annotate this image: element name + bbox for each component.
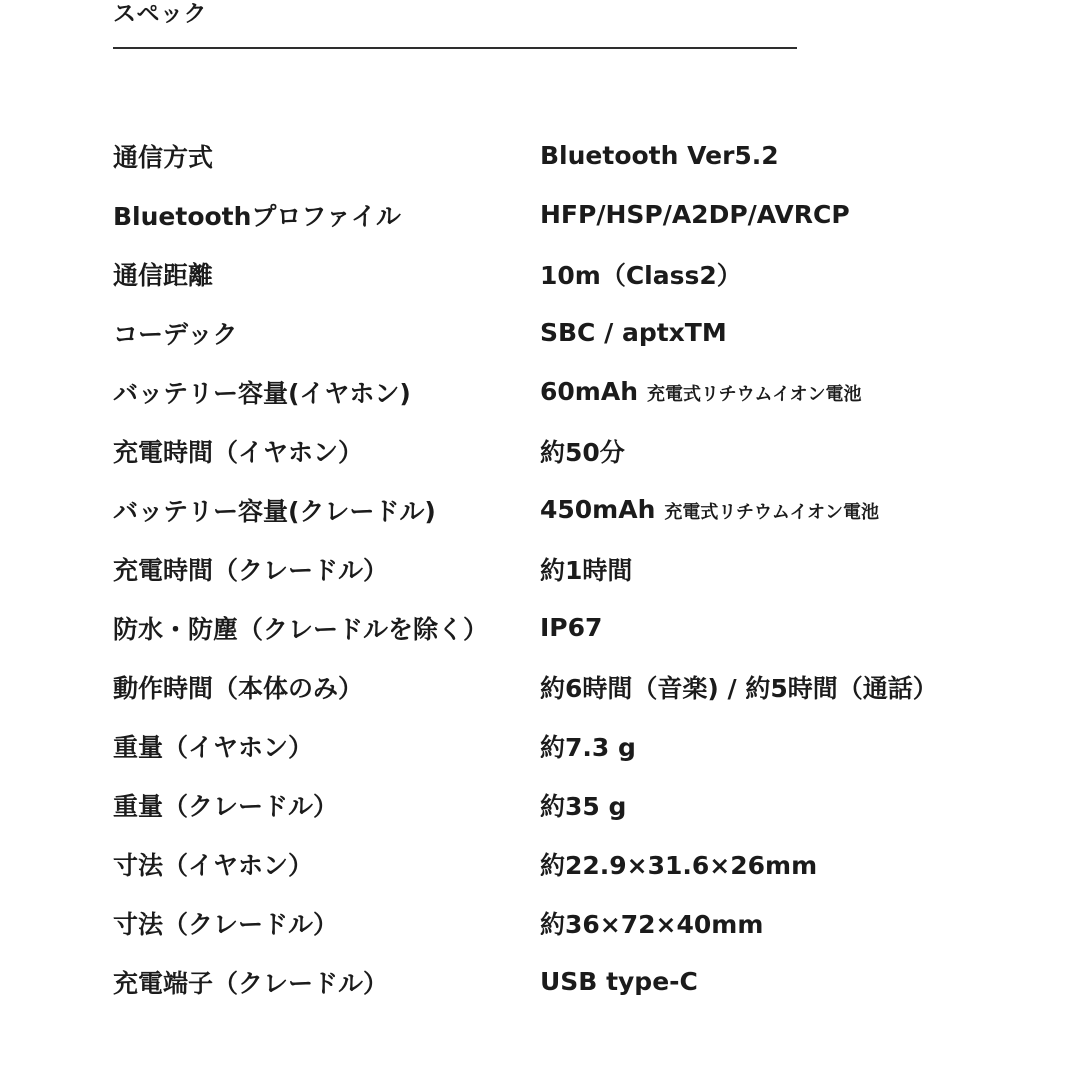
spec-page: スペック 通信方式 Bluetooth Ver5.2 Bluetoothプロファ… bbox=[0, 0, 1080, 1080]
spec-value: 約22.9×31.6×26mm bbox=[540, 846, 1033, 882]
spec-row: 防水・防塵（クレードルを除く） IP67 bbox=[113, 598, 1033, 657]
spec-value: Bluetooth Ver5.2 bbox=[540, 141, 1033, 170]
spec-label: 通信距離 bbox=[113, 256, 540, 292]
spec-value-main: 450mAh bbox=[540, 495, 655, 524]
spec-label: Bluetoothプロファイル bbox=[113, 197, 540, 233]
spec-value-main: 約50分 bbox=[540, 433, 625, 469]
spec-table: 通信方式 Bluetooth Ver5.2 Bluetoothプロファイル HF… bbox=[113, 126, 1033, 1011]
spec-value: 450mAh 充電式リチウムイオン電池 bbox=[540, 495, 1033, 524]
spec-value: 約6時間（音楽) / 約5時間（通話） bbox=[540, 669, 1033, 705]
spec-label: 寸法（イヤホン） bbox=[113, 846, 540, 882]
spec-value-main: SBC / aptxTM bbox=[540, 318, 727, 347]
spec-value-main: HFP/HSP/A2DP/AVRCP bbox=[540, 200, 850, 229]
spec-row: バッテリー容量(クレードル) 450mAh 充電式リチウムイオン電池 bbox=[113, 480, 1033, 539]
spec-label: 寸法（クレードル） bbox=[113, 905, 540, 941]
spec-row: 動作時間（本体のみ） 約6時間（音楽) / 約5時間（通話） bbox=[113, 657, 1033, 716]
spec-value-main: Bluetooth Ver5.2 bbox=[540, 141, 779, 170]
spec-row: バッテリー容量(イヤホン) 60mAh 充電式リチウムイオン電池 bbox=[113, 362, 1033, 421]
spec-label: コーデック bbox=[113, 315, 540, 351]
title-divider bbox=[113, 47, 797, 49]
spec-value-main: 60mAh bbox=[540, 377, 638, 406]
spec-row: 重量（クレードル） 約35 g bbox=[113, 775, 1033, 834]
spec-value-main: USB type-C bbox=[540, 967, 698, 996]
spec-value-main: 10m（Class2） bbox=[540, 256, 742, 292]
spec-value-main: 約35 g bbox=[540, 787, 626, 823]
spec-row: 通信距離 10m（Class2） bbox=[113, 244, 1033, 303]
spec-value-main: 約6時間（音楽) / 約5時間（通話） bbox=[540, 669, 938, 705]
spec-value: 約50分 bbox=[540, 433, 1033, 469]
spec-row: 充電時間（クレードル） 約1時間 bbox=[113, 539, 1033, 598]
spec-label: 通信方式 bbox=[113, 138, 540, 174]
spec-label: 充電端子（クレードル） bbox=[113, 964, 540, 1000]
spec-value-main: 約7.3 g bbox=[540, 728, 636, 764]
spec-row: コーデック SBC / aptxTM bbox=[113, 303, 1033, 362]
spec-row: 充電時間（イヤホン） 約50分 bbox=[113, 421, 1033, 480]
spec-value: 約36×72×40mm bbox=[540, 905, 1033, 941]
spec-value-main: IP67 bbox=[540, 613, 602, 642]
spec-row: 通信方式 Bluetooth Ver5.2 bbox=[113, 126, 1033, 185]
spec-value-note: 充電式リチウムイオン電池 bbox=[664, 498, 879, 524]
spec-label: 防水・防塵（クレードルを除く） bbox=[113, 610, 540, 646]
spec-value: HFP/HSP/A2DP/AVRCP bbox=[540, 200, 1033, 229]
page-title: スペック bbox=[113, 1, 207, 29]
spec-row: Bluetoothプロファイル HFP/HSP/A2DP/AVRCP bbox=[113, 185, 1033, 244]
spec-value: SBC / aptxTM bbox=[540, 318, 1033, 347]
spec-label: バッテリー容量(イヤホン) bbox=[113, 374, 540, 410]
spec-row: 充電端子（クレードル） USB type-C bbox=[113, 952, 1033, 1011]
spec-value: 約35 g bbox=[540, 787, 1033, 823]
spec-label: 充電時間（イヤホン） bbox=[113, 433, 540, 469]
spec-value-main: 約22.9×31.6×26mm bbox=[540, 846, 817, 882]
spec-label: 重量（イヤホン） bbox=[113, 728, 540, 764]
spec-value-main: 約36×72×40mm bbox=[540, 905, 763, 941]
spec-value: 10m（Class2） bbox=[540, 256, 1033, 292]
spec-label: 充電時間（クレードル） bbox=[113, 551, 540, 587]
spec-value: USB type-C bbox=[540, 967, 1033, 996]
spec-value-main: 約1時間 bbox=[540, 551, 632, 587]
spec-label: 動作時間（本体のみ） bbox=[113, 669, 540, 705]
spec-row: 寸法（イヤホン） 約22.9×31.6×26mm bbox=[113, 834, 1033, 893]
spec-label: バッテリー容量(クレードル) bbox=[113, 492, 540, 528]
spec-label: 重量（クレードル） bbox=[113, 787, 540, 823]
spec-value: 約7.3 g bbox=[540, 728, 1033, 764]
spec-row: 重量（イヤホン） 約7.3 g bbox=[113, 716, 1033, 775]
spec-row: 寸法（クレードル） 約36×72×40mm bbox=[113, 893, 1033, 952]
spec-value-note: 充電式リチウムイオン電池 bbox=[647, 380, 862, 406]
spec-value: 60mAh 充電式リチウムイオン電池 bbox=[540, 377, 1033, 406]
spec-value: 約1時間 bbox=[540, 551, 1033, 587]
spec-value: IP67 bbox=[540, 613, 1033, 642]
